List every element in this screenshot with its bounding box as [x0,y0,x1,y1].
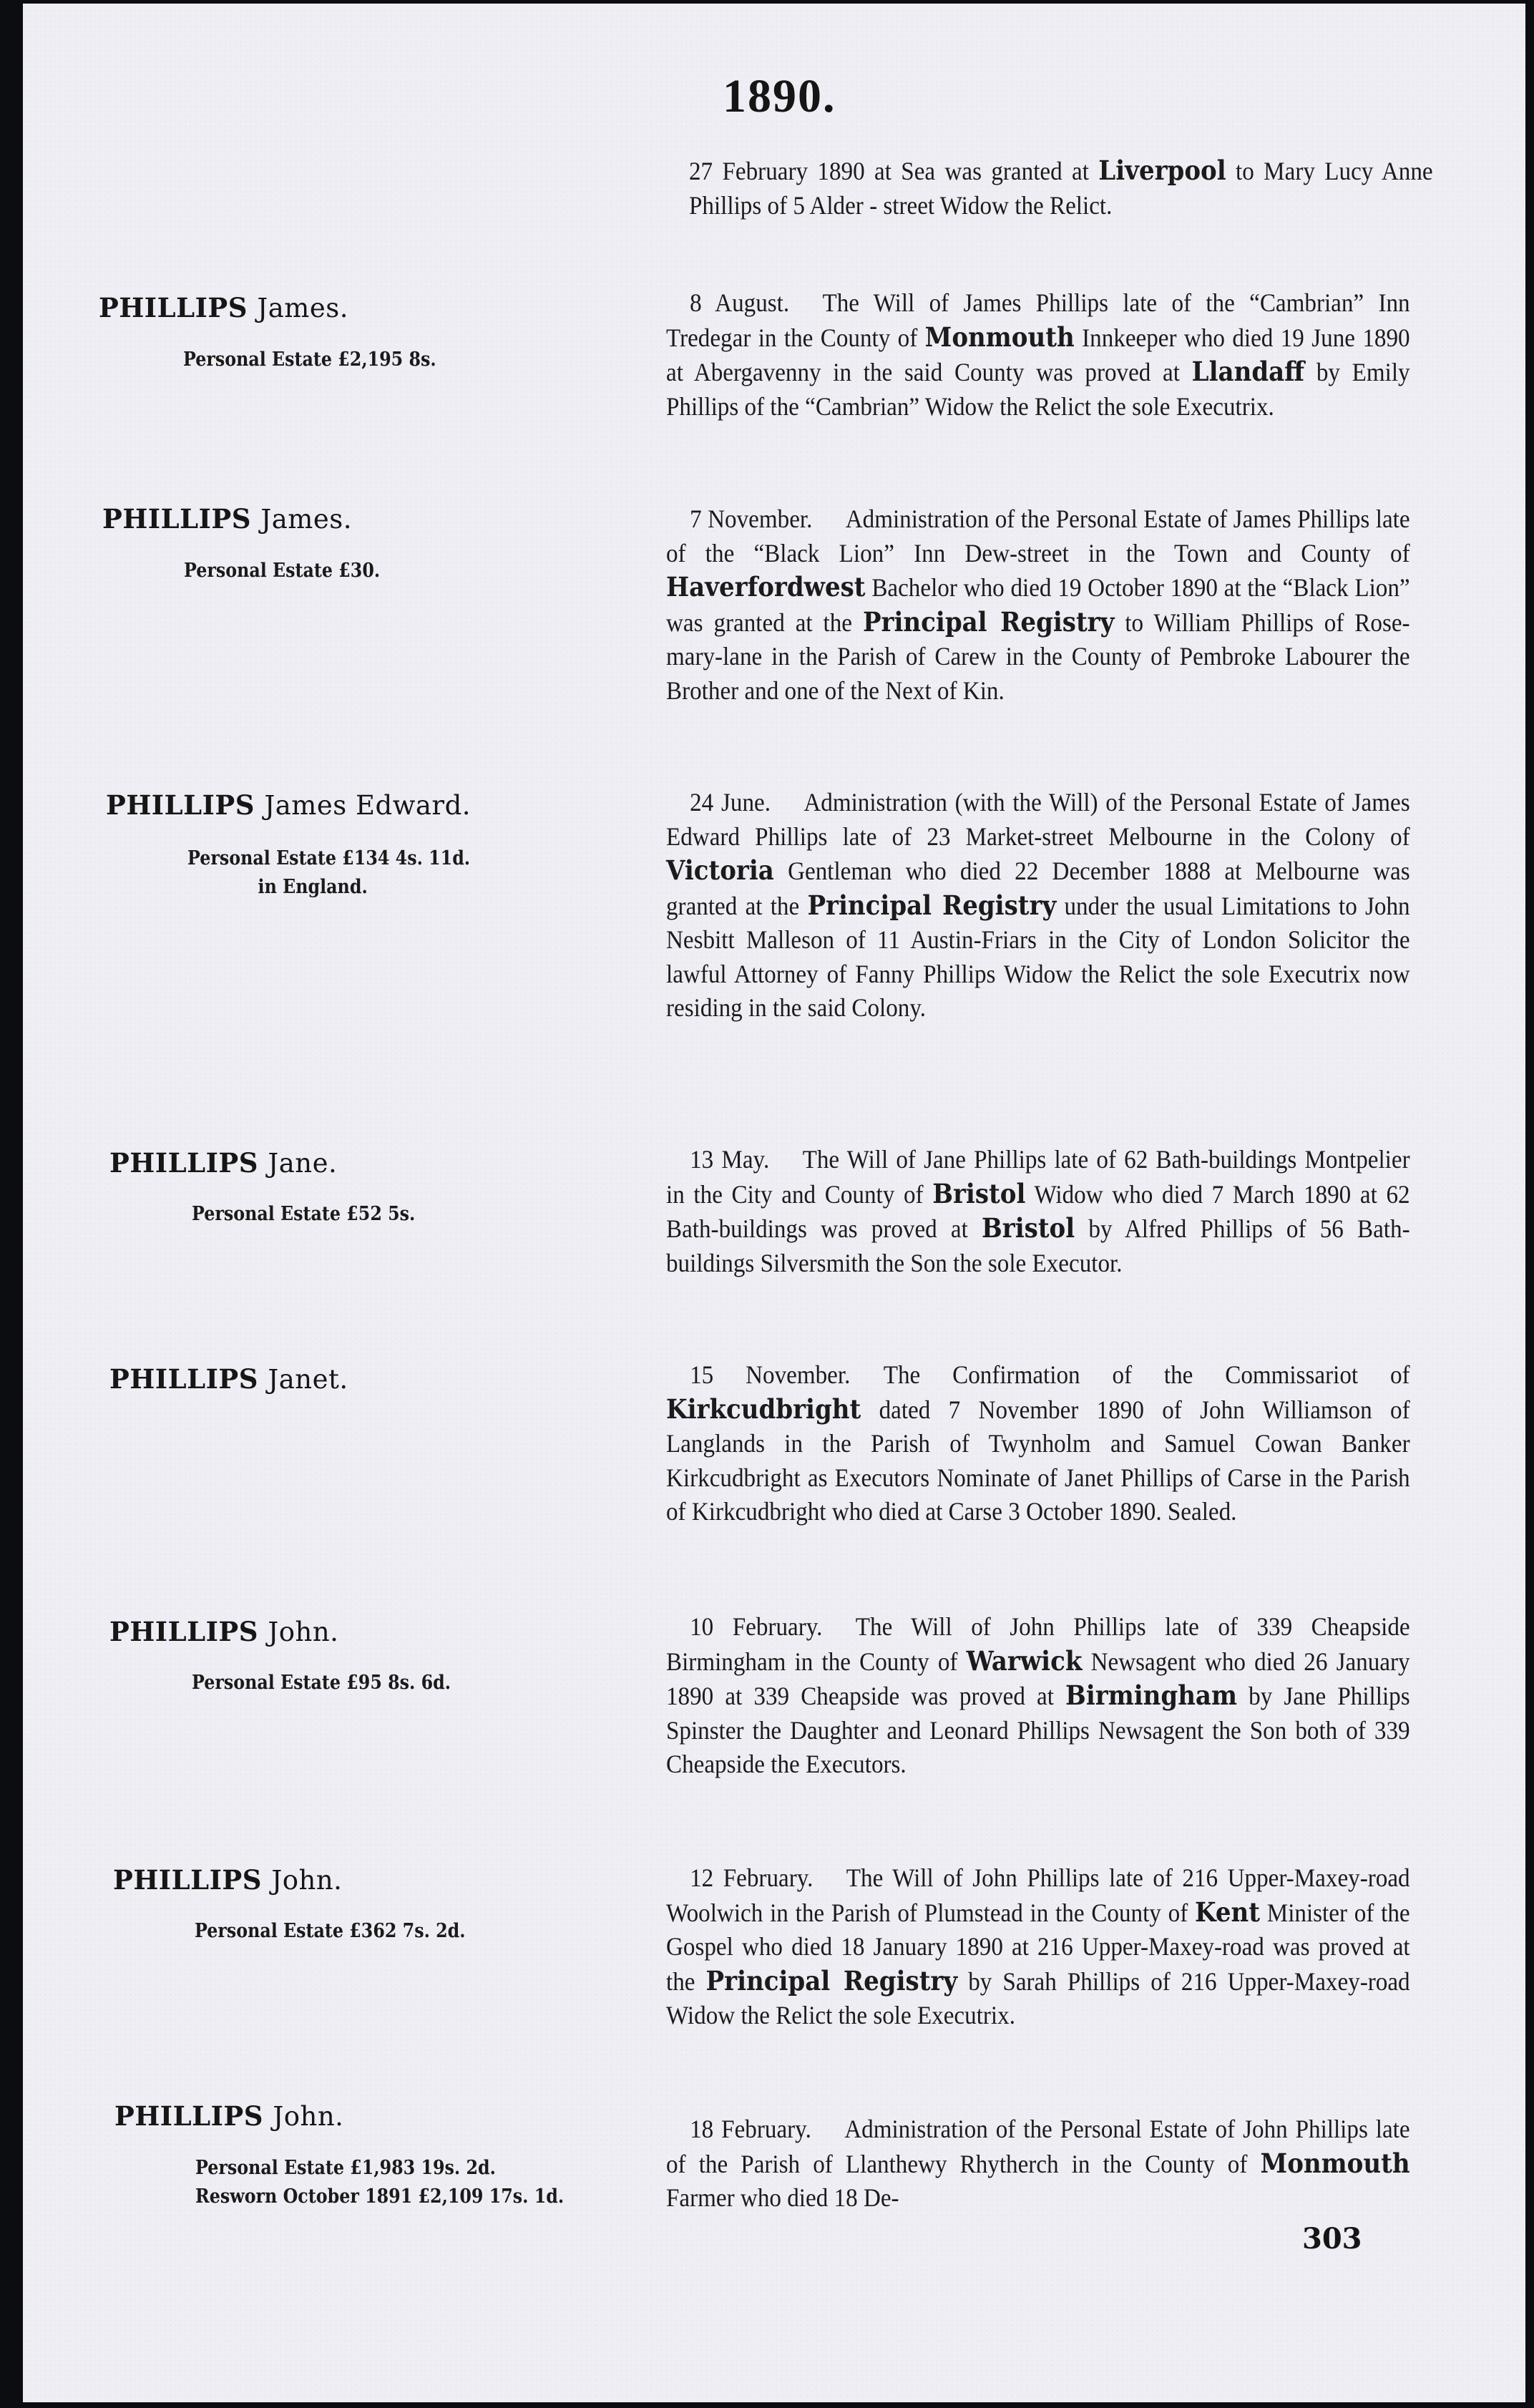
probate-entry-text: 18 February.Administration of the Person… [666,2112,1410,2216]
entry-name-heading: PHILLIPS James. [102,503,352,535]
entry-surname: PHILLIPS [114,2100,263,2132]
grant-date: 13 May. [690,1145,769,1174]
grant-place: Liverpool [1098,155,1226,186]
grant-date: 12 February. [690,1863,813,1892]
probate-entry-text: 13 May.The Will of Jane Phillips late of… [666,1143,1410,1280]
entry-text-segment: Farmer who died 18 De- [666,2183,899,2212]
entry-surname: PHILLIPS [109,1616,258,1647]
entry-name-heading: PHILLIPS John. [113,1864,342,1896]
entry-forename: John. [273,2101,343,2132]
highlighted-place: Kirkcudbright [666,1393,861,1425]
estate-amount: Personal Estate £52 5s. [192,1200,415,1229]
entry-name-heading: PHILLIPS John. [114,2100,343,2132]
entry-name-heading: PHILLIPS James. [99,292,348,323]
probate-entry-text: 8 August.The Will of James Phillips late… [666,286,1410,424]
entry-surname: PHILLIPS [109,1147,258,1179]
entry-name-heading: PHILLIPS Jane. [109,1147,337,1179]
grant-date: 7 November. [690,504,812,533]
personal-estate-value: Personal Estate £134 4s. 11d.in England. [187,844,470,902]
highlighted-place: Monmouth [925,321,1075,353]
continued-entry-text: 27 February 1890 at Sea was granted at L… [689,154,1433,223]
estate-amount: Personal Estate £362 7s. 2d. [195,1917,466,1946]
probate-entry-text: 12 February.The Will of John Phillips la… [666,1861,1410,2033]
continued-text-start: 27 February 1890 at Sea was granted at [689,157,1098,185]
estate-amount: Personal Estate £2,195 8s. [183,346,436,374]
highlighted-place: Birmingham [1065,1680,1237,1711]
personal-estate-value: Personal Estate £52 5s. [192,1200,415,1229]
entry-surname: PHILLIPS [113,1864,262,1896]
entry-forename: James Edward. [264,790,471,821]
highlighted-place: Victoria [666,854,774,886]
highlighted-place: Llandaff [1192,356,1304,387]
highlighted-place: Kent [1195,1896,1260,1928]
grant-date: 18 February. [690,2115,811,2143]
estate-amount: Personal Estate £95 8s. 6d. [192,1669,451,1697]
page-year-heading: 1890. [723,69,859,124]
entry-surname: PHILLIPS [109,1363,258,1395]
entry-forename: Janet. [268,1364,348,1395]
entry-name-heading: PHILLIPS John. [109,1616,338,1647]
entry-forename: James. [257,293,348,323]
estate-amount: Personal Estate £30. [184,557,380,585]
grant-date: 24 June. [690,788,771,817]
grant-date: 15 November. [690,1360,850,1389]
highlighted-place: Principal Registry [863,606,1114,638]
personal-estate-value: Personal Estate £30. [184,557,380,585]
entry-surname: PHILLIPS [99,292,248,323]
highlighted-place: Monmouth [1261,2148,1410,2179]
entry-forename: James. [260,504,352,535]
grant-date: 8 August. [690,288,789,317]
grant-date: 10 February. [690,1612,822,1641]
estate-note: in England. [187,873,470,902]
entry-name-heading: PHILLIPS Janet. [109,1363,348,1395]
entry-text-segment: Administration (with the Will) of the Pe… [666,788,1410,851]
entry-forename: John. [268,1617,338,1647]
probate-entry-text: 7 November.Administration of the Persona… [666,502,1410,708]
highlighted-place: Bristol [982,1212,1075,1244]
personal-estate-value: Personal Estate £2,195 8s. [183,346,436,374]
estate-amount: Personal Estate £1,983 19s. 2d. [195,2154,564,2183]
highlighted-place: Principal Registry [807,889,1056,921]
register-page: 1890. 27 February 1890 at Sea was grante… [23,4,1525,2402]
highlighted-place: Haverfordwest [666,571,866,603]
probate-entry-text: 10 February.The Will of John Phillips la… [666,1610,1410,1782]
estate-note: Resworn October 1891 £2,109 17s. 1d. [195,2183,564,2211]
page-number: 303 [1302,2222,1362,2256]
entry-forename: John. [271,1865,342,1896]
probate-entry-text: 15 November.The Confirmation of the Comm… [666,1358,1410,1529]
estate-amount: Personal Estate £134 4s. 11d. [187,844,470,873]
highlighted-place: Principal Registry [706,1965,958,1997]
probate-entry-text: 24 June.Administration (with the Will) o… [666,786,1410,1025]
personal-estate-value: Personal Estate £95 8s. 6d. [192,1669,451,1697]
entry-forename: Jane. [268,1148,337,1179]
personal-estate-value: Personal Estate £1,983 19s. 2d.Resworn O… [195,2154,564,2211]
entry-surname: PHILLIPS [102,503,251,535]
entry-text-segment: The Confirmation of the Commissariot of [884,1360,1410,1389]
highlighted-place: Bristol [932,1178,1025,1209]
highlighted-place: Warwick [967,1645,1083,1677]
entry-surname: PHILLIPS [106,789,255,821]
entry-name-heading: PHILLIPS James Edward. [106,789,471,821]
personal-estate-value: Personal Estate £362 7s. 2d. [195,1917,466,1946]
